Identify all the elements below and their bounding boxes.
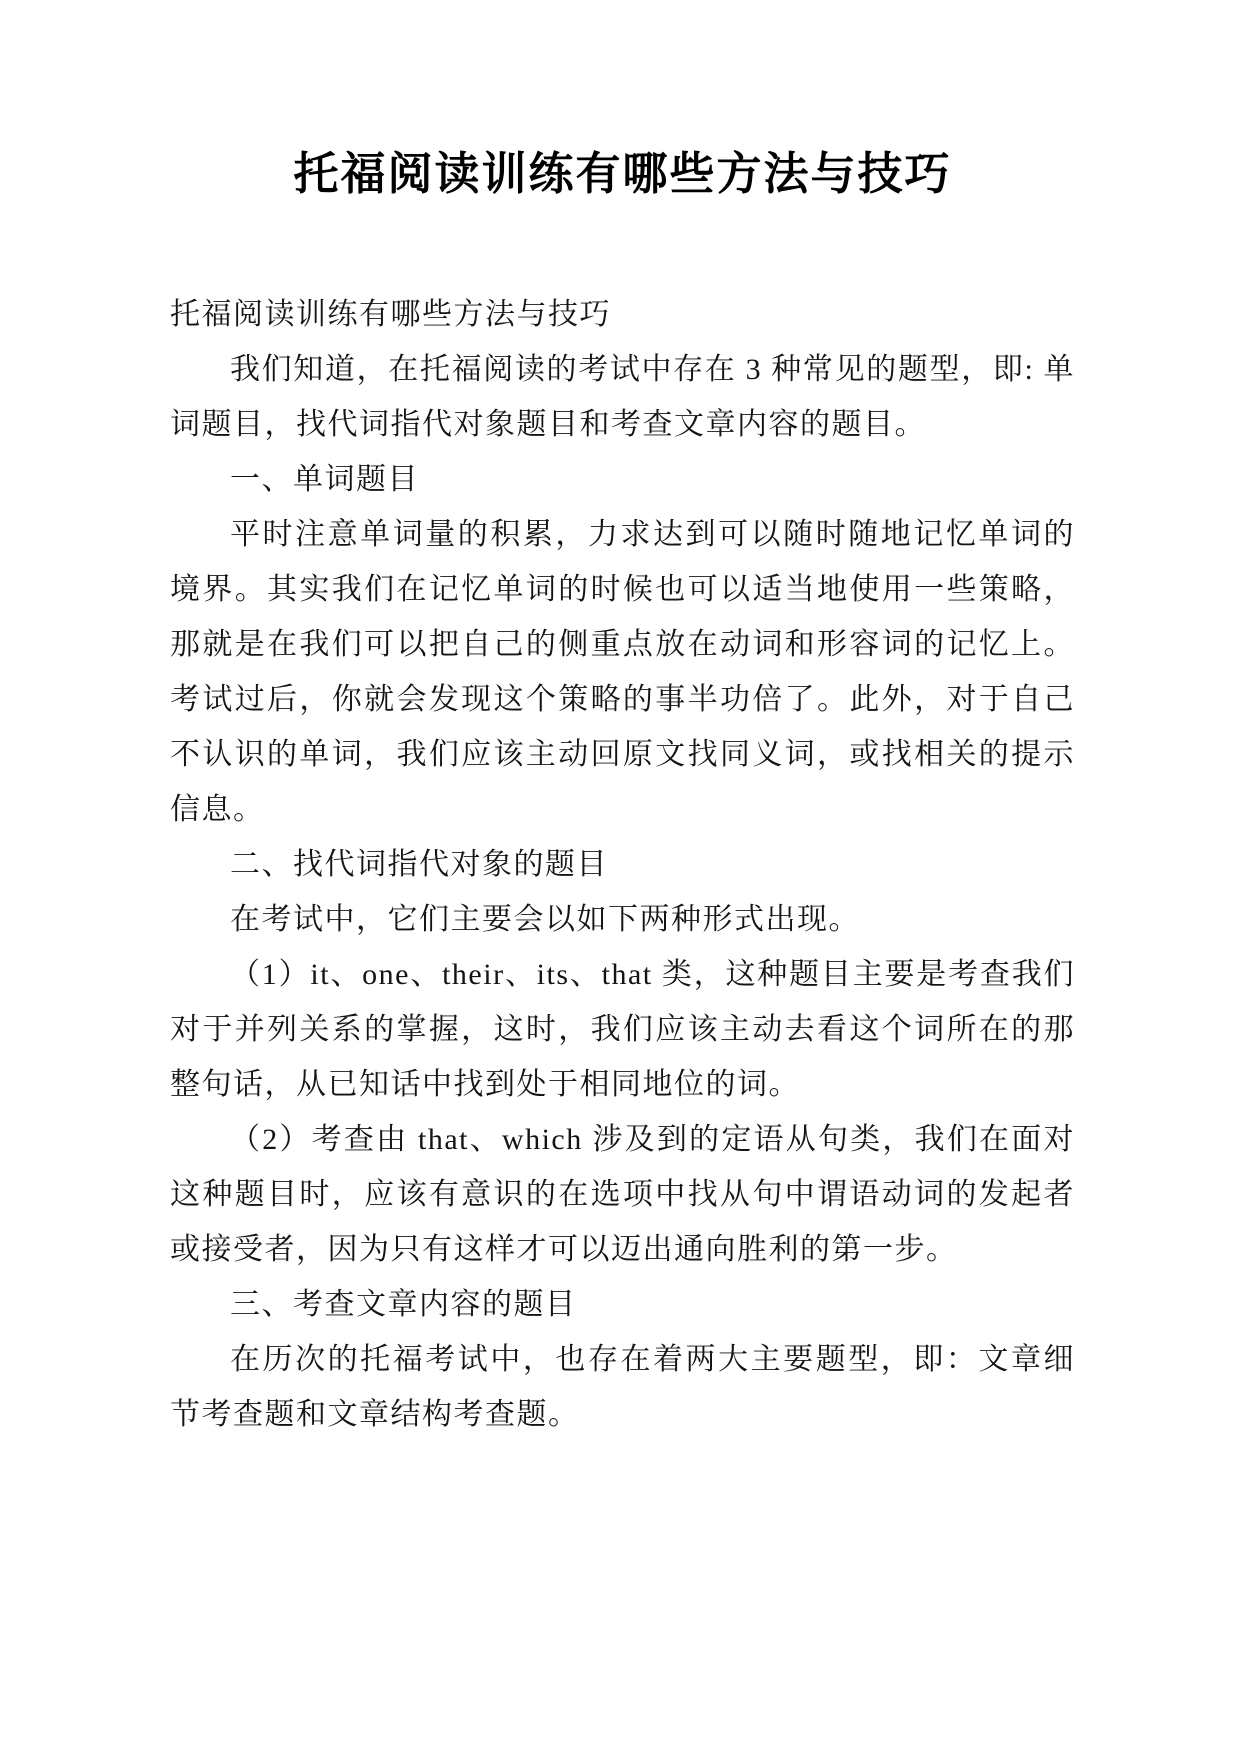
paragraph-section-1-body: 平时注意单词量的积累，力求达到可以随时随地记忆单词的境界。其实我们在记忆单词的时… — [170, 507, 1075, 837]
paragraph-heading-2: 二、找代词指代对象的题目 — [170, 837, 1075, 892]
paragraph-heading-1: 一、单词题目 — [170, 452, 1075, 507]
document-title: 托福阅读训练有哪些方法与技巧 — [170, 143, 1075, 205]
paragraph-section-2-intro: 在考试中，它们主要会以如下两种形式出现。 — [170, 892, 1075, 947]
document-page: 托福阅读训练有哪些方法与技巧 托福阅读训练有哪些方法与技巧 我们知道，在托福阅读… — [0, 0, 1241, 1754]
paragraph-title-repeat: 托福阅读训练有哪些方法与技巧 — [170, 287, 1075, 342]
paragraph-section-2-item-2: （2）考查由 that、which 涉及到的定语从句类，我们在面对这种题目时，应… — [170, 1112, 1075, 1277]
paragraph-heading-3: 三、考查文章内容的题目 — [170, 1277, 1075, 1332]
document-body: 托福阅读训练有哪些方法与技巧 我们知道，在托福阅读的考试中存在 3 种常见的题型… — [170, 287, 1075, 1442]
paragraph-intro: 我们知道，在托福阅读的考试中存在 3 种常见的题型，即: 单词题目，找代词指代对… — [170, 342, 1075, 452]
paragraph-section-3-body: 在历次的托福考试中，也存在着两大主要题型，即：文章细节考查题和文章结构考查题。 — [170, 1332, 1075, 1442]
paragraph-section-2-item-1: （1）it、one、their、its、that 类，这种题目主要是考查我们对于… — [170, 947, 1075, 1112]
